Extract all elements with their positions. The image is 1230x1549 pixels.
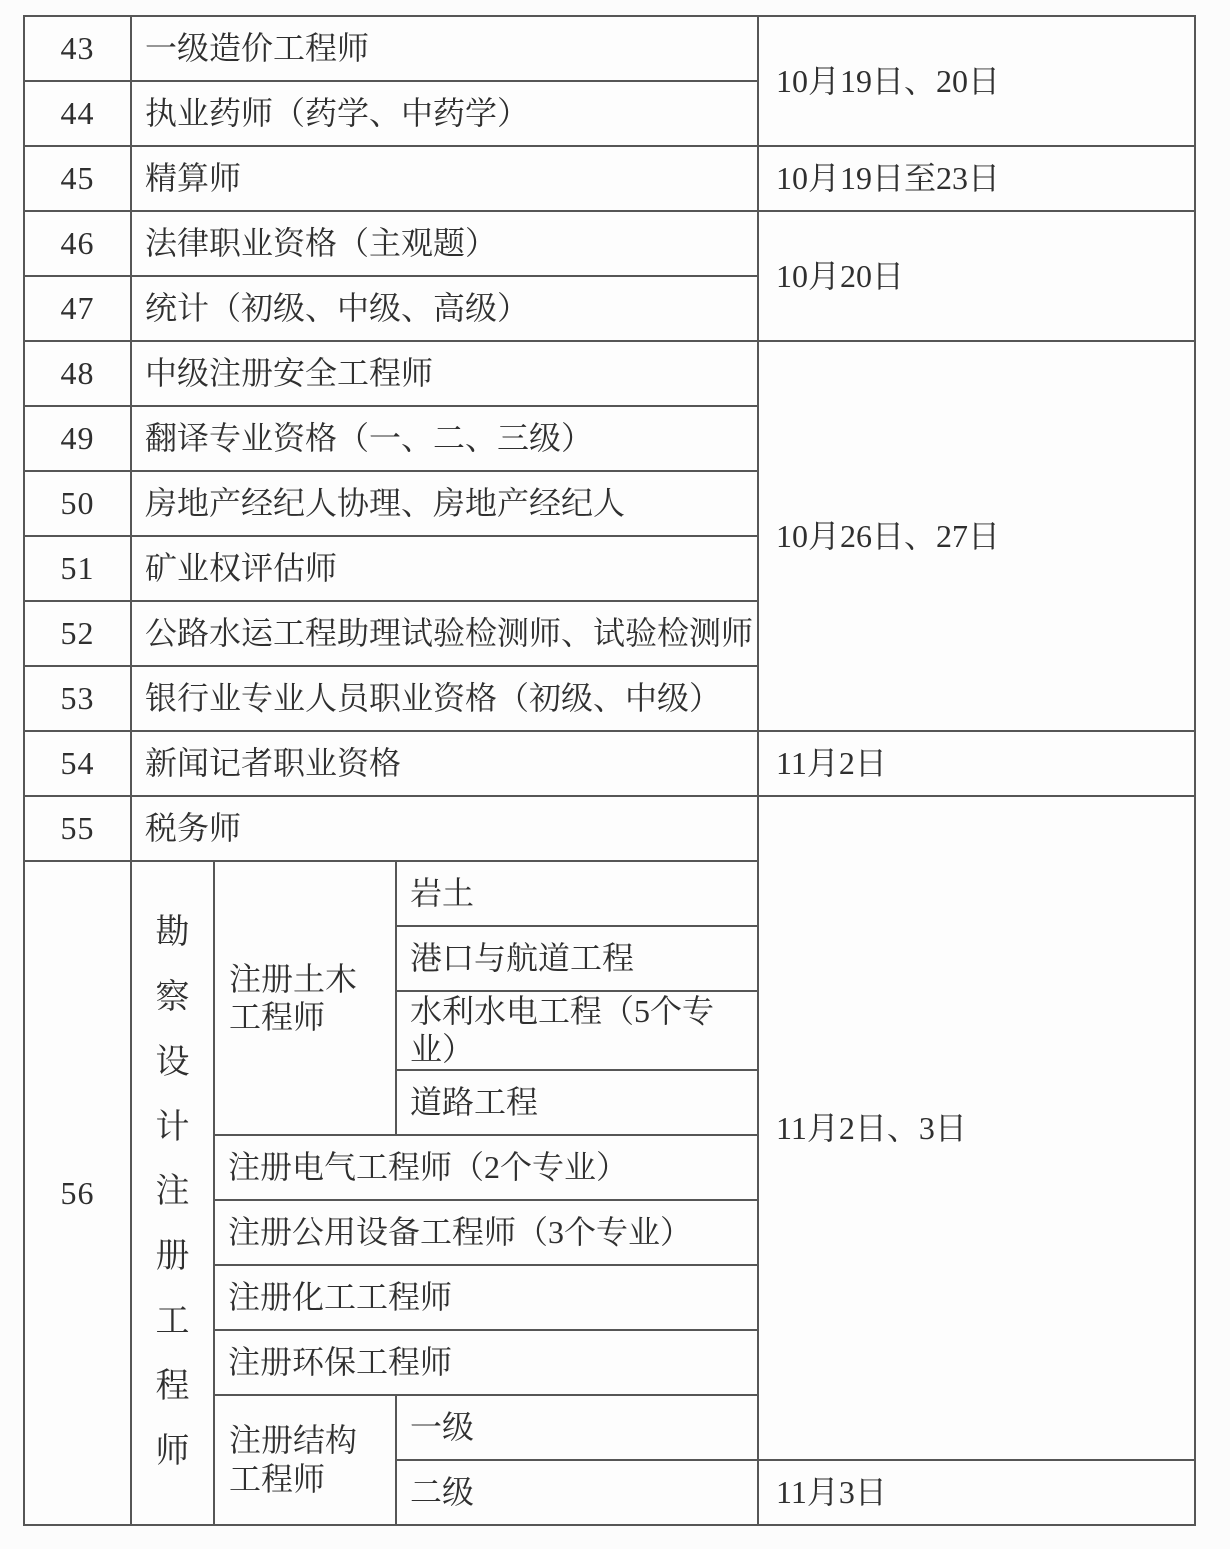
exam-schedule-table: 43 一级造价工程师 10月19日、20日 44 执业药师（药学、中药学） 45… — [23, 15, 1196, 1526]
structural-level-cell: 二级 — [396, 1460, 758, 1525]
civil-engineer-group-cell: 注册土木 工程师 — [214, 861, 396, 1135]
exam-name-cell: 房地产经纪人协理、房地产经纪人 — [131, 471, 758, 536]
civil-specialty-cell: 水利水电工程（5个专业） — [396, 991, 758, 1070]
civil-specialty-cell: 岩土 — [396, 861, 758, 926]
exam-name-cell: 执业药师（药学、中药学） — [131, 81, 758, 146]
engineer-exam-cell: 注册环保工程师 — [214, 1330, 758, 1395]
exam-date-cell: 10月26日、27日 — [758, 341, 1195, 731]
exam-name-cell: 精算师 — [131, 146, 758, 211]
table-row: 55 税务师 11月2日、3日 — [24, 796, 1195, 861]
exam-name-cell: 矿业权评估师 — [131, 536, 758, 601]
structural-engineer-group-cell: 注册结构 工程师 — [214, 1395, 396, 1525]
exam-name-cell: 银行业专业人员职业资格（初级、中级） — [131, 666, 758, 731]
exam-name-cell: 统计（初级、中级、高级） — [131, 276, 758, 341]
row-number-cell: 43 — [24, 16, 131, 81]
row-number-cell: 50 — [24, 471, 131, 536]
table-row: 54 新闻记者职业资格 11月2日 — [24, 731, 1195, 796]
row-number-cell: 47 — [24, 276, 131, 341]
table-row: 43 一级造价工程师 10月19日、20日 — [24, 16, 1195, 81]
table-row: 46 法律职业资格（主观题） 10月20日 — [24, 211, 1195, 276]
row-number-cell: 53 — [24, 666, 131, 731]
row-number-cell: 48 — [24, 341, 131, 406]
exam-name-cell: 公路水运工程助理试验检测师、试验检测师 — [131, 601, 758, 666]
exam-name-cell: 税务师 — [131, 796, 758, 861]
row-number-cell: 56 — [24, 861, 131, 1525]
exam-date-cell: 11月2日、3日 — [758, 796, 1195, 1460]
structural-level-cell: 一级 — [396, 1395, 758, 1460]
row-number-cell: 54 — [24, 731, 131, 796]
civil-specialty-cell: 港口与航道工程 — [396, 926, 758, 991]
exam-date-cell: 11月3日 — [758, 1460, 1195, 1525]
civil-specialty-cell: 道路工程 — [396, 1070, 758, 1135]
row-number-cell: 55 — [24, 796, 131, 861]
row-number-cell: 49 — [24, 406, 131, 471]
exam-name-cell: 新闻记者职业资格 — [131, 731, 758, 796]
exam-name-cell: 翻译专业资格（一、二、三级） — [131, 406, 758, 471]
category-cell-survey-design-engineer: 勘察设计注册工程师 — [131, 861, 214, 1525]
row-number-cell: 52 — [24, 601, 131, 666]
engineer-exam-cell: 注册化工工程师 — [214, 1265, 758, 1330]
table-row: 48 中级注册安全工程师 10月26日、27日 — [24, 341, 1195, 406]
row-number-cell: 45 — [24, 146, 131, 211]
row-number-cell: 46 — [24, 211, 131, 276]
row-number-cell: 44 — [24, 81, 131, 146]
exam-name-cell: 法律职业资格（主观题） — [131, 211, 758, 276]
table-row: 45 精算师 10月19日至23日 — [24, 146, 1195, 211]
row-number-cell: 51 — [24, 536, 131, 601]
exam-date-cell: 11月2日 — [758, 731, 1195, 796]
exam-date-cell: 10月19日、20日 — [758, 16, 1195, 146]
exam-date-cell: 10月20日 — [758, 211, 1195, 341]
engineer-exam-cell: 注册电气工程师（2个专业） — [214, 1135, 758, 1200]
exam-name-cell: 中级注册安全工程师 — [131, 341, 758, 406]
exam-name-cell: 一级造价工程师 — [131, 16, 758, 81]
engineer-exam-cell: 注册公用设备工程师（3个专业） — [214, 1200, 758, 1265]
category-vertical-text: 勘察设计注册工程师 — [132, 913, 213, 1473]
exam-date-cell: 10月19日至23日 — [758, 146, 1195, 211]
